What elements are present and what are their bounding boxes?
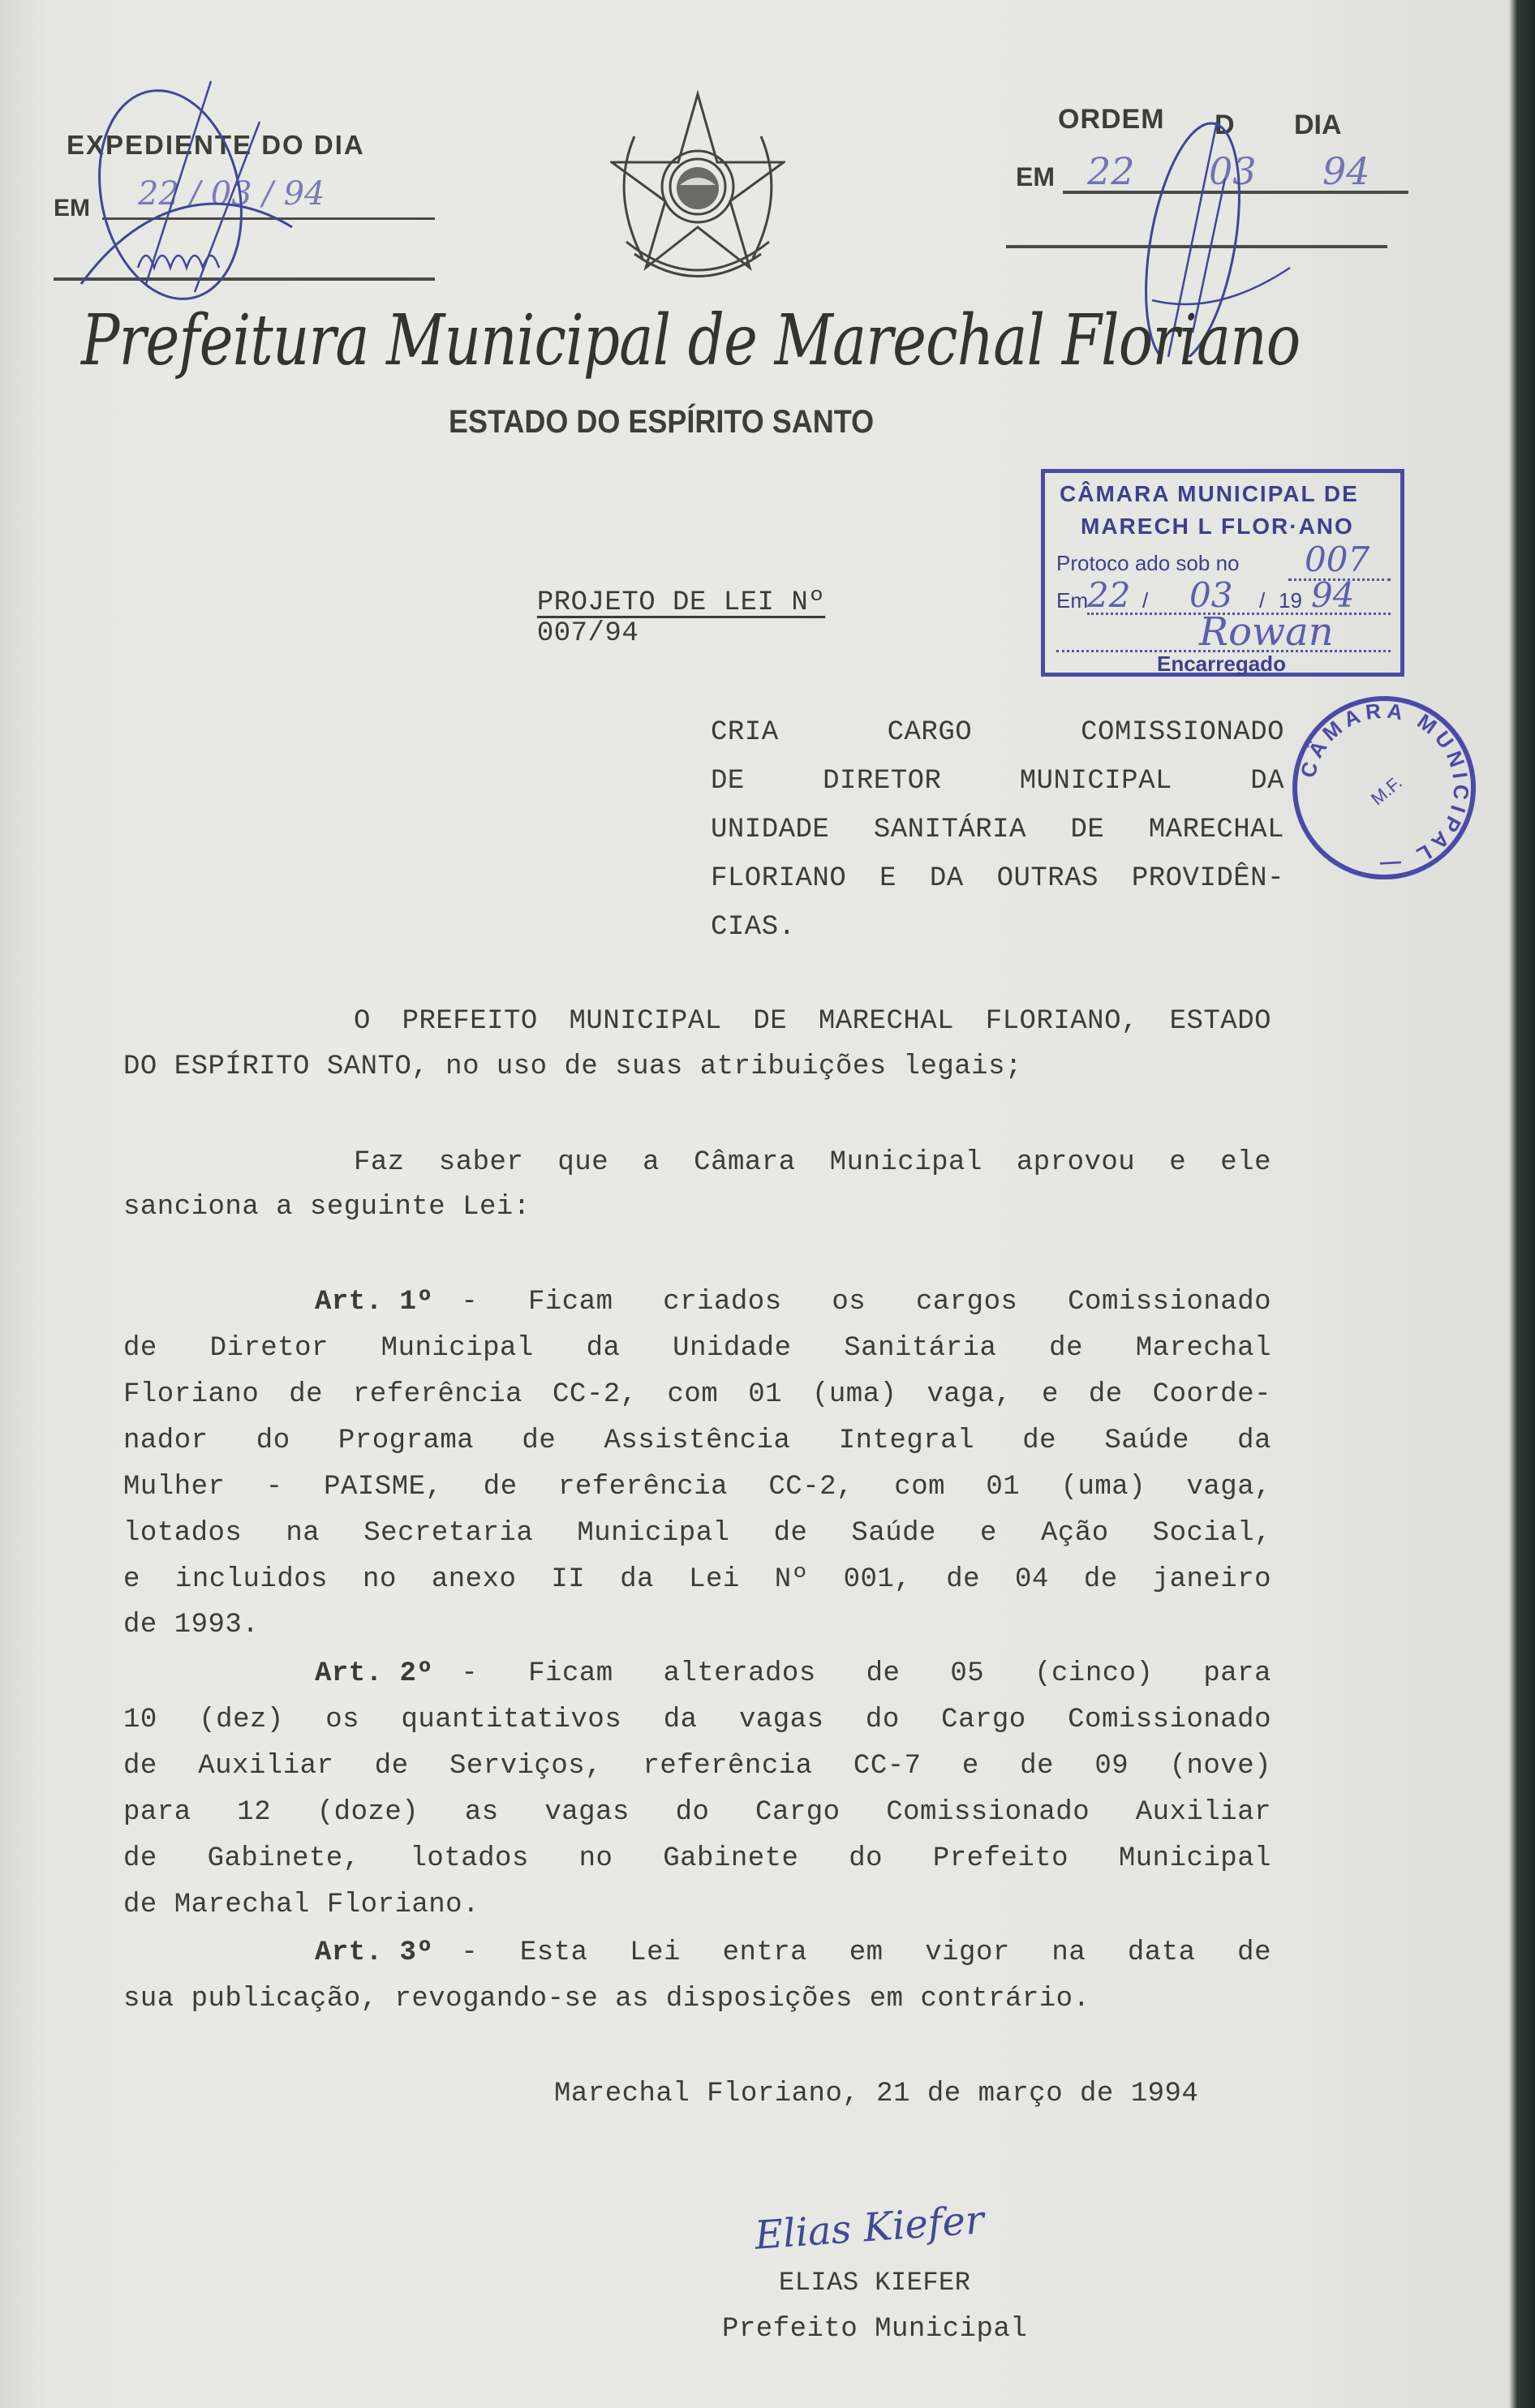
article-line: para 12 (doze) as vagas do Cargo Comissi…	[123, 1797, 1271, 1828]
letterhead-title: Prefeitura Municipal de Marechal Florian…	[81, 300, 1300, 381]
article-line: de Marechal Floriano.	[123, 1890, 1271, 1920]
signer-title: Prefeito Municipal	[722, 2314, 1027, 2345]
expediente-signature-scribble	[49, 73, 438, 300]
article-2: Art. 2º - Ficam alterados de 05 (cinco) …	[315, 1658, 1271, 1689]
protocol-stamp-line1: CÂMARA MUNICIPAL DE	[1060, 481, 1359, 507]
letterhead-subtitle: ESTADO DO ESPÍRITO SANTO	[449, 404, 874, 441]
summary-line: CIAS.	[711, 912, 1284, 961]
circular-center-text: M.F.	[1367, 772, 1406, 810]
preamble-line: DO ESPÍRITO SANTO, no uso de suas atribu…	[123, 1051, 1271, 1082]
article-line: Mulher - PAISME, de referência CC-2, com…	[123, 1472, 1271, 1503]
article-line: de 1993.	[123, 1610, 1271, 1640]
coat-of-arms-icon	[610, 88, 785, 290]
preamble-line: O PREFEITO MUNICIPAL DE MARECHAL FLORIAN…	[354, 1006, 1271, 1037]
protocol-role: Encarregado	[1157, 651, 1286, 677]
article-1-label: Art. 1º	[315, 1287, 433, 1318]
summary-line: FLORIANO E DA OUTRAS PROVIDÊN-	[711, 863, 1284, 912]
article-line: - Ficam alterados de 05 (cinco) para	[461, 1658, 1271, 1689]
signer-name: ELIAS KIEFER	[779, 2268, 970, 2298]
article-line: Floriano de referência CC-2, com 01 (uma…	[123, 1379, 1271, 1410]
summary-line: UNIDADE SANITÁRIA DE MARECHAL	[711, 815, 1284, 863]
article-3: Art. 3º - Esta Lei entra em vigor na dat…	[315, 1937, 1271, 1968]
article-3-label: Art. 3º	[315, 1937, 433, 1968]
protocol-day: 22	[1087, 575, 1130, 615]
article-line: - Ficam criados os cargos Comissionado	[461, 1287, 1271, 1318]
protocol-stamp: CÂMARA MUNICIPAL DE MARECH L FLOR·ANO Pr…	[1041, 469, 1404, 677]
enactment-line: Faz saber que a Câmara Municipal aprovou…	[354, 1147, 1271, 1178]
summary-line: CRIA CARGO COMISSIONADO	[711, 717, 1284, 766]
article-line: lotados na Secretaria Municipal de Saúde…	[123, 1518, 1271, 1549]
protocol-signature: Rowan	[1199, 609, 1334, 655]
protocol-number: 007	[1305, 540, 1369, 579]
article-line: e incluidos no anexo II da Lei Nº 001, d…	[123, 1564, 1271, 1595]
article-line: de Diretor Municipal da Unidade Sanitári…	[123, 1333, 1271, 1364]
article-line: de Gabinete, lotados no Gabinete do Pref…	[123, 1843, 1271, 1874]
article-2-label: Art. 2º	[315, 1658, 433, 1689]
protocol-label: Protoco ado sob no	[1056, 551, 1240, 576]
ordem-do-dia-stamp: ORDEM D DIA EM 22 03 94	[1006, 89, 1412, 284]
protocol-em-label: Em	[1056, 588, 1088, 613]
article-line: sua publicação, revogando-se as disposiç…	[123, 1984, 1271, 2015]
summary-line: DE DIRETOR MUNICIPAL DA	[711, 766, 1284, 815]
bill-number: 007/94	[537, 618, 639, 649]
article-line: - Esta Lei entra em vigor na data de	[461, 1937, 1271, 1968]
signature-handwritten: Elias Kiefer	[753, 2197, 985, 2259]
article-line: 10 (dez) os quantitativos da vagas do Ca…	[123, 1705, 1271, 1735]
enactment-line: sanciona a seguinte Lei:	[123, 1192, 1271, 1223]
bill-heading-label: PROJETO DE LEI Nº	[537, 587, 825, 618]
protocol-stamp-line2: MARECH L FLOR·ANO	[1081, 514, 1354, 540]
bill-heading: PROJETO DE LEI Nº 007/94	[503, 557, 825, 649]
circular-seal-stamp: CÂMARA MUNICIPAL — M.F.	[1290, 694, 1478, 882]
bill-summary: CRIA CARGO COMISSIONADO DE DIRETOR MUNIC…	[711, 717, 1284, 961]
article-line: de Auxiliar de Serviços, referência CC-7…	[123, 1751, 1271, 1782]
expediente-stamp: EXPEDIENTE DO DIA EM 22 / 03 / 94	[49, 122, 438, 292]
article-1: Art. 1º - Ficam criados os cargos Comiss…	[315, 1287, 1271, 1318]
place-date: Marechal Floriano, 21 de março de 1994	[554, 2079, 1198, 2109]
article-line: nador do Programa de Assistência Integra…	[123, 1425, 1271, 1456]
